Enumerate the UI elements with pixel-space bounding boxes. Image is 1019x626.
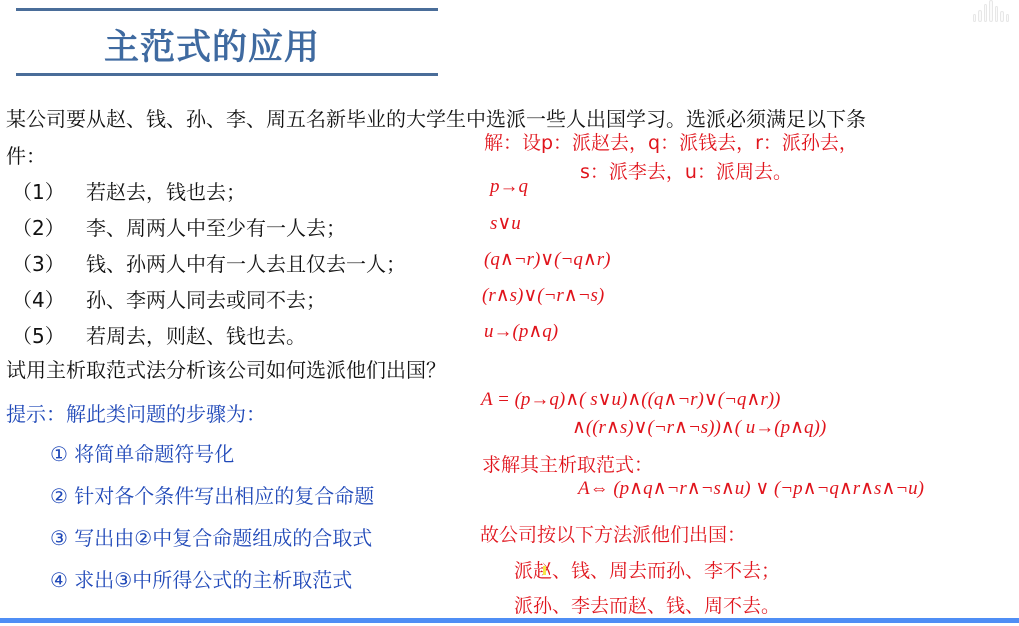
conjunction-line-2: ∧((r∧s)∨(¬r∧¬s))∧( u→(p∧q)) bbox=[572, 416, 826, 439]
bottom-progress-bar bbox=[0, 618, 1019, 623]
condition-text: 孙、李两人同去或同不去； bbox=[86, 288, 326, 312]
conjunction-line-1: A = (p→q)∧( s∨u)∧((q∧¬r)∨(¬q∧r)) bbox=[481, 388, 780, 411]
problem-line-2: 件： bbox=[6, 140, 46, 169]
formula-condition-3: (q∧¬r)∨(¬q∧r) bbox=[484, 248, 610, 271]
conclusion-heading: 故公司按以下方法派他们出国： bbox=[480, 520, 746, 547]
condition-text: 若周去，则赵、钱也去。 bbox=[86, 324, 306, 348]
solution-setup-line-1: 解：设p：派赵去，q：派钱去，r：派孙去， bbox=[484, 128, 858, 155]
title-rule-top bbox=[16, 8, 438, 11]
condition-1: （1）若赵去，钱也去； bbox=[12, 176, 246, 205]
title-rule-bottom bbox=[16, 73, 438, 76]
condition-text: 李、周两人中至少有一人去； bbox=[86, 216, 346, 240]
hint-step-3: ③ 写出由②中复合命题组成的合取式 bbox=[50, 522, 372, 551]
condition-number: （2） bbox=[12, 212, 86, 241]
condition-number: （5） bbox=[12, 320, 86, 349]
pdnf-formula: A⇔ (p∧q∧¬r∧¬s∧u) ∨ (¬p∧¬q∧r∧s∧¬u) bbox=[578, 477, 924, 500]
question: 试用主析取范式法分析该公司如何选派他们出国？ bbox=[6, 354, 446, 383]
formula-condition-4: (r∧s)∨(¬r∧¬s) bbox=[482, 284, 604, 307]
hint-step-4: ④ 求出③中所得公式的主析取范式 bbox=[50, 564, 352, 593]
condition-number: （1） bbox=[12, 176, 86, 205]
solution-setup-line-2: s：派李去，u：派周去。 bbox=[580, 157, 792, 184]
conclusion-option-2: 派孙、李去而赵、钱、周不去。 bbox=[514, 591, 780, 618]
formula-condition-5: u→(p∧q) bbox=[484, 320, 558, 343]
hint-step-1: ① 将简单命题符号化 bbox=[50, 438, 234, 467]
hint-heading: 提示：解此类问题的步骤为： bbox=[6, 398, 266, 427]
hint-step-2: ② 针对各个条件写出相应的复合命题 bbox=[50, 480, 374, 509]
pdnf-heading: 求解其主析取范式： bbox=[482, 450, 653, 477]
slide-title: 主范式的应用 bbox=[104, 20, 320, 70]
condition-text: 钱、孙两人中有一人去且仅去一人； bbox=[86, 252, 406, 276]
conclusion-option-1: 派赵、钱、周去而孙、李不去； bbox=[514, 556, 780, 583]
text-cursor-highlight bbox=[543, 566, 546, 575]
condition-number: （4） bbox=[12, 284, 86, 313]
condition-4: （4）孙、李两人同去或同不去； bbox=[12, 284, 326, 313]
condition-text: 若赵去，钱也去； bbox=[86, 180, 246, 204]
formula-condition-2: s∨u bbox=[490, 212, 521, 235]
audio-waveform-icon bbox=[973, 2, 1009, 22]
condition-3: （3）钱、孙两人中有一人去且仅去一人； bbox=[12, 248, 406, 277]
formula-condition-1: p→q bbox=[490, 176, 528, 198]
condition-number: （3） bbox=[12, 248, 86, 277]
condition-2: （2）李、周两人中至少有一人去； bbox=[12, 212, 346, 241]
condition-5: （5）若周去，则赵、钱也去。 bbox=[12, 320, 306, 349]
